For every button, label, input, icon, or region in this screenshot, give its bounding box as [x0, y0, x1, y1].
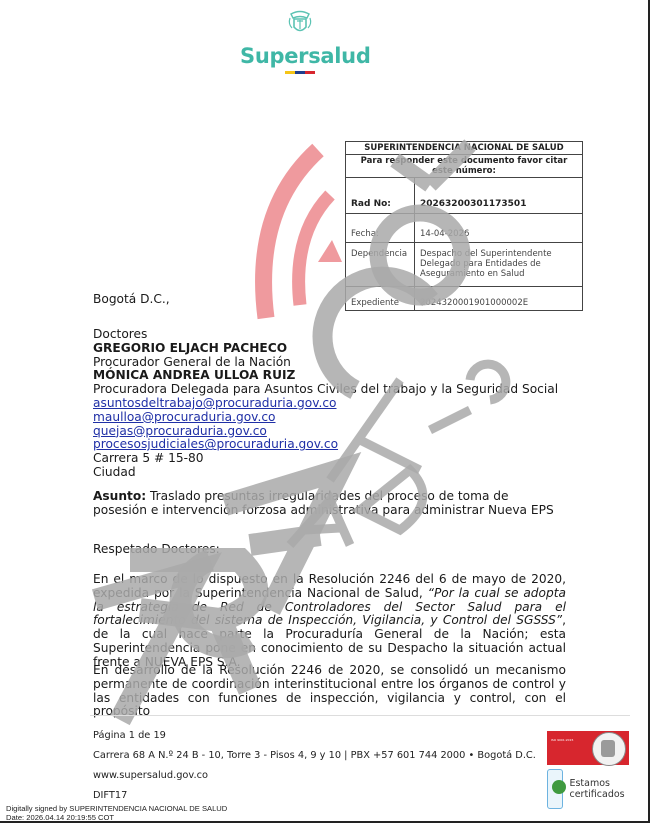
radicado-table: SUPERINTENDENCIA NACIONAL DE SALUD Para … — [345, 141, 583, 311]
recipient-name-2: MÓNICA ANDREA ULLOA RUIZ — [93, 369, 566, 383]
recipient-role-2: Procuradora Delegada para Asuntos Civile… — [93, 383, 566, 397]
rad-value: 20263200301173501 — [415, 178, 583, 214]
colombia-coat-of-arms-icon — [287, 8, 313, 36]
paragraph-1: En el marco de lo dispuesto en la Resolu… — [93, 573, 566, 670]
paragraph-2: En desarrollo de la Resolución 2246 de 2… — [93, 664, 566, 719]
rad-label: Rad No: — [346, 178, 415, 214]
document-code: DIFT17 — [93, 790, 127, 801]
fecha-value: 14-04-2026 — [415, 214, 583, 243]
greeting: Respetado Doctores: — [93, 543, 566, 557]
radicado-row-rad: Rad No: 20263200301173501 — [346, 178, 583, 214]
fecha-label: Fecha: — [346, 214, 415, 243]
quality-certification: Estamos certificados — [547, 769, 629, 809]
bureau-veritas-seal-icon — [592, 732, 626, 766]
supersalud-logo: Supersalud — [240, 8, 360, 74]
signature-date: Date: 2026.04.14 20:19:55 COT — [6, 814, 227, 823]
bureau-veritas-certification-icon: ISO 9001:2015 — [547, 731, 629, 765]
brand-name: Supersalud — [240, 44, 360, 68]
email-link[interactable]: procesosjudiciales@procuraduria.gov.co — [93, 438, 566, 452]
radicado-row-fecha: Fecha: 14-04-2026 — [346, 214, 583, 243]
colombia-flag-stripe — [285, 71, 315, 74]
page-number: Página 1 de 19 — [93, 730, 166, 741]
subject-label: Asunto: — [93, 489, 146, 503]
footer-website-link[interactable]: www.supersalud.gov.co — [93, 770, 208, 781]
icontec-badge-icon — [547, 769, 563, 809]
recipient-city: Ciudad — [93, 466, 566, 480]
radicado-instruction: Para responder este documento favor cita… — [346, 155, 583, 178]
radicado-row-dependencia: Dependencia Despacho del Superintendente… — [346, 243, 583, 287]
recipient-address: Carrera 5 # 15-80 — [93, 452, 566, 466]
recipient-name-1: GREGORIO ELJACH PACHECO — [93, 342, 566, 356]
email-link[interactable]: asuntosdeltrabajo@procuraduria.gov.co — [93, 397, 566, 411]
recipients-block: Doctores GREGORIO ELJACH PACHECO Procura… — [93, 328, 566, 480]
footer-address: Carrera 68 A N.º 24 B - 10, Torre 3 - Pi… — [93, 750, 536, 761]
radicado-institution: SUPERINTENDENCIA NACIONAL DE SALUD — [346, 142, 583, 155]
certifications: ISO 9001:2015 Estamos certificados — [547, 731, 629, 809]
email-link[interactable]: quejas@procuraduria.gov.co — [93, 425, 566, 439]
dependencia-value: Despacho del Superintendente Delegado pa… — [415, 243, 583, 287]
salutation-prefix: Doctores — [93, 328, 566, 342]
subject-block: Asunto: Traslado presuntas irregularidad… — [93, 490, 566, 518]
iso-certification-label: ISO 9001:2015 — [551, 738, 587, 743]
digital-signature: Digitally signed by SUPERINTENDENCIA NAC… — [6, 805, 227, 822]
certified-label: Estamos certificados — [569, 778, 629, 800]
place-date: Bogotá D.C., — [93, 293, 566, 307]
email-link[interactable]: maulloa@procuraduria.gov.co — [93, 411, 566, 425]
subject-text: Traslado presuntas irregularidades del p… — [93, 489, 554, 517]
dependencia-label: Dependencia — [346, 243, 415, 287]
footer-divider — [90, 715, 630, 716]
